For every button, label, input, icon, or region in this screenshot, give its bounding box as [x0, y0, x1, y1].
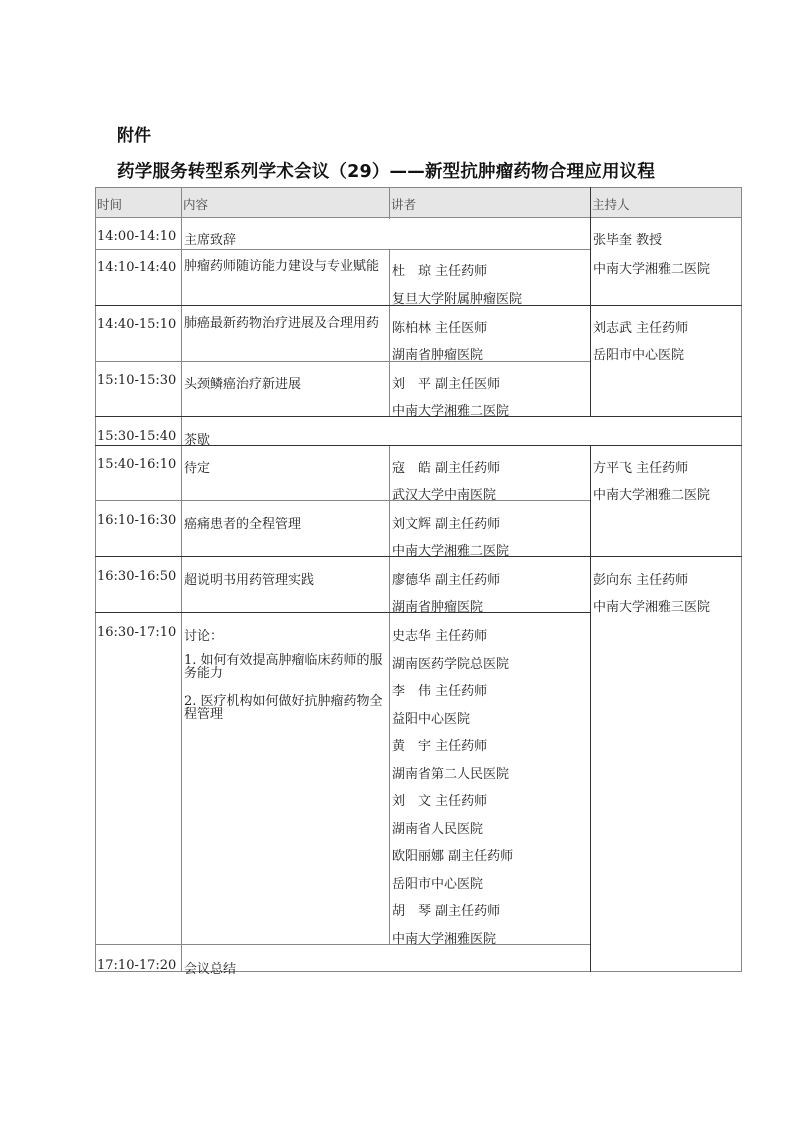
content-cell: 待定 — [184, 457, 210, 476]
host-org: 中南大学湘雅二医院 — [593, 258, 710, 277]
time-cell: 15:30-15:40 — [97, 429, 176, 444]
time-cell: 17:10-17:20 — [97, 958, 176, 973]
row-line — [181, 249, 590, 250]
speaker-org: 湖南省第二人民医院 — [392, 763, 509, 782]
speaker-name: 李 伟 主任药师 — [392, 680, 487, 699]
header-host: 主持人 — [592, 195, 630, 213]
speaker-name: 欧阳丽娜 副主任药师 — [392, 845, 513, 864]
host-name: 彭向东 主任药师 — [593, 569, 688, 588]
speaker-name: 刘 文 主任药师 — [392, 790, 487, 809]
header-bottom-line — [95, 217, 742, 218]
col-line-2a — [389, 187, 390, 219]
row-line — [95, 361, 590, 362]
time-cell: 16:10-16:30 — [97, 513, 176, 528]
content-cell: 癌痛患者的全程管理 — [184, 513, 301, 532]
speaker-name: 寇 皓 副主任药师 — [392, 457, 500, 476]
host-name: 刘志武 主任药师 — [593, 317, 688, 336]
speaker-org: 中南大学湘雅二医院 — [392, 400, 509, 419]
speaker-org: 中南大学湘雅二医院 — [392, 540, 509, 559]
row-line — [95, 944, 590, 945]
document-title: 药学服务转型系列学术会议（29）——新型抗肿瘤药物合理应用议程 — [117, 158, 655, 183]
content-cell: 会议总结 — [184, 958, 236, 977]
speaker-org: 湖南省肿瘤医院 — [392, 344, 483, 363]
speaker-org: 复旦大学附属肿瘤医院 — [392, 288, 522, 307]
row-line — [95, 249, 181, 250]
content-cell: 头颈鳞癌治疗新进展 — [184, 373, 301, 392]
time-cell: 16:30-16:50 — [97, 569, 176, 584]
discussion-item: 1. 如何有效提高肿瘤临床药师的服务能力 — [184, 654, 389, 680]
col-line-3b — [590, 445, 591, 972]
speaker-org: 益阳中心医院 — [392, 708, 470, 727]
speaker-org: 中南大学湘雅医院 — [392, 928, 496, 947]
discussion-item: 2. 医疗机构如何做好抗肿瘤药物全程管理 — [184, 695, 389, 721]
speaker-name: 廖德华 副主任药师 — [392, 569, 500, 588]
speaker-org: 岳阳市中心医院 — [392, 873, 483, 892]
content-cell: 肺癌最新药物治疗进展及合理用药 — [184, 317, 389, 330]
row-line — [95, 612, 590, 613]
content-cell: 茶歇 — [184, 429, 210, 448]
content-cell: 超说明书用药管理实践 — [184, 569, 314, 588]
speaker-org: 湖南医药学院总医院 — [392, 653, 509, 672]
discussion-title: 讨论： — [184, 625, 223, 644]
header-time: 时间 — [97, 195, 122, 213]
time-cell: 16:30-17:10 — [97, 625, 176, 640]
time-cell: 14:10-14:40 — [97, 260, 176, 275]
row-line — [95, 500, 590, 501]
host-org: 中南大学湘雅三医院 — [593, 596, 710, 615]
content-cell: 肿瘤药师随访能力建设与专业赋能 — [184, 260, 389, 273]
host-org: 中南大学湘雅二医院 — [593, 484, 710, 503]
speaker-name: 黄 宇 主任药师 — [392, 735, 487, 754]
time-cell: 15:40-16:10 — [97, 457, 176, 472]
speaker-name: 杜 琼 主任药师 — [392, 260, 487, 279]
speaker-name: 胡 琴 副主任药师 — [392, 900, 500, 919]
header-content: 内容 — [183, 195, 208, 213]
time-cell: 15:10-15:30 — [97, 373, 176, 388]
time-cell: 14:40-15:10 — [97, 317, 176, 332]
agenda-table: 时间 内容 讲者 主持人 14:00-14:10 主席致辞 14:10-14:4… — [95, 187, 742, 972]
col-line-3a — [590, 187, 591, 416]
speaker-name: 史志华 主任药师 — [392, 625, 487, 644]
col-line-2b — [389, 249, 390, 416]
attachment-label: 附件 — [117, 121, 151, 146]
speaker-name: 刘 平 副主任医师 — [392, 373, 500, 392]
speaker-name: 陈柏林 主任医师 — [392, 317, 487, 336]
time-cell: 14:00-14:10 — [97, 229, 176, 244]
border-top — [95, 187, 742, 188]
col-line-2c — [389, 445, 390, 945]
speaker-org: 湖南省人民医院 — [392, 818, 483, 837]
speaker-name: 刘文辉 副主任药师 — [392, 513, 500, 532]
content-cell: 主席致辞 — [184, 229, 236, 248]
host-name: 方平飞 主任药师 — [593, 457, 688, 476]
speaker-org: 武汉大学中南医院 — [392, 484, 496, 503]
header-speaker: 讲者 — [391, 195, 416, 213]
host-name: 张毕奎 教授 — [593, 229, 662, 248]
host-org: 岳阳市中心医院 — [593, 344, 684, 363]
speaker-org: 湖南省肿瘤医院 — [392, 596, 483, 615]
